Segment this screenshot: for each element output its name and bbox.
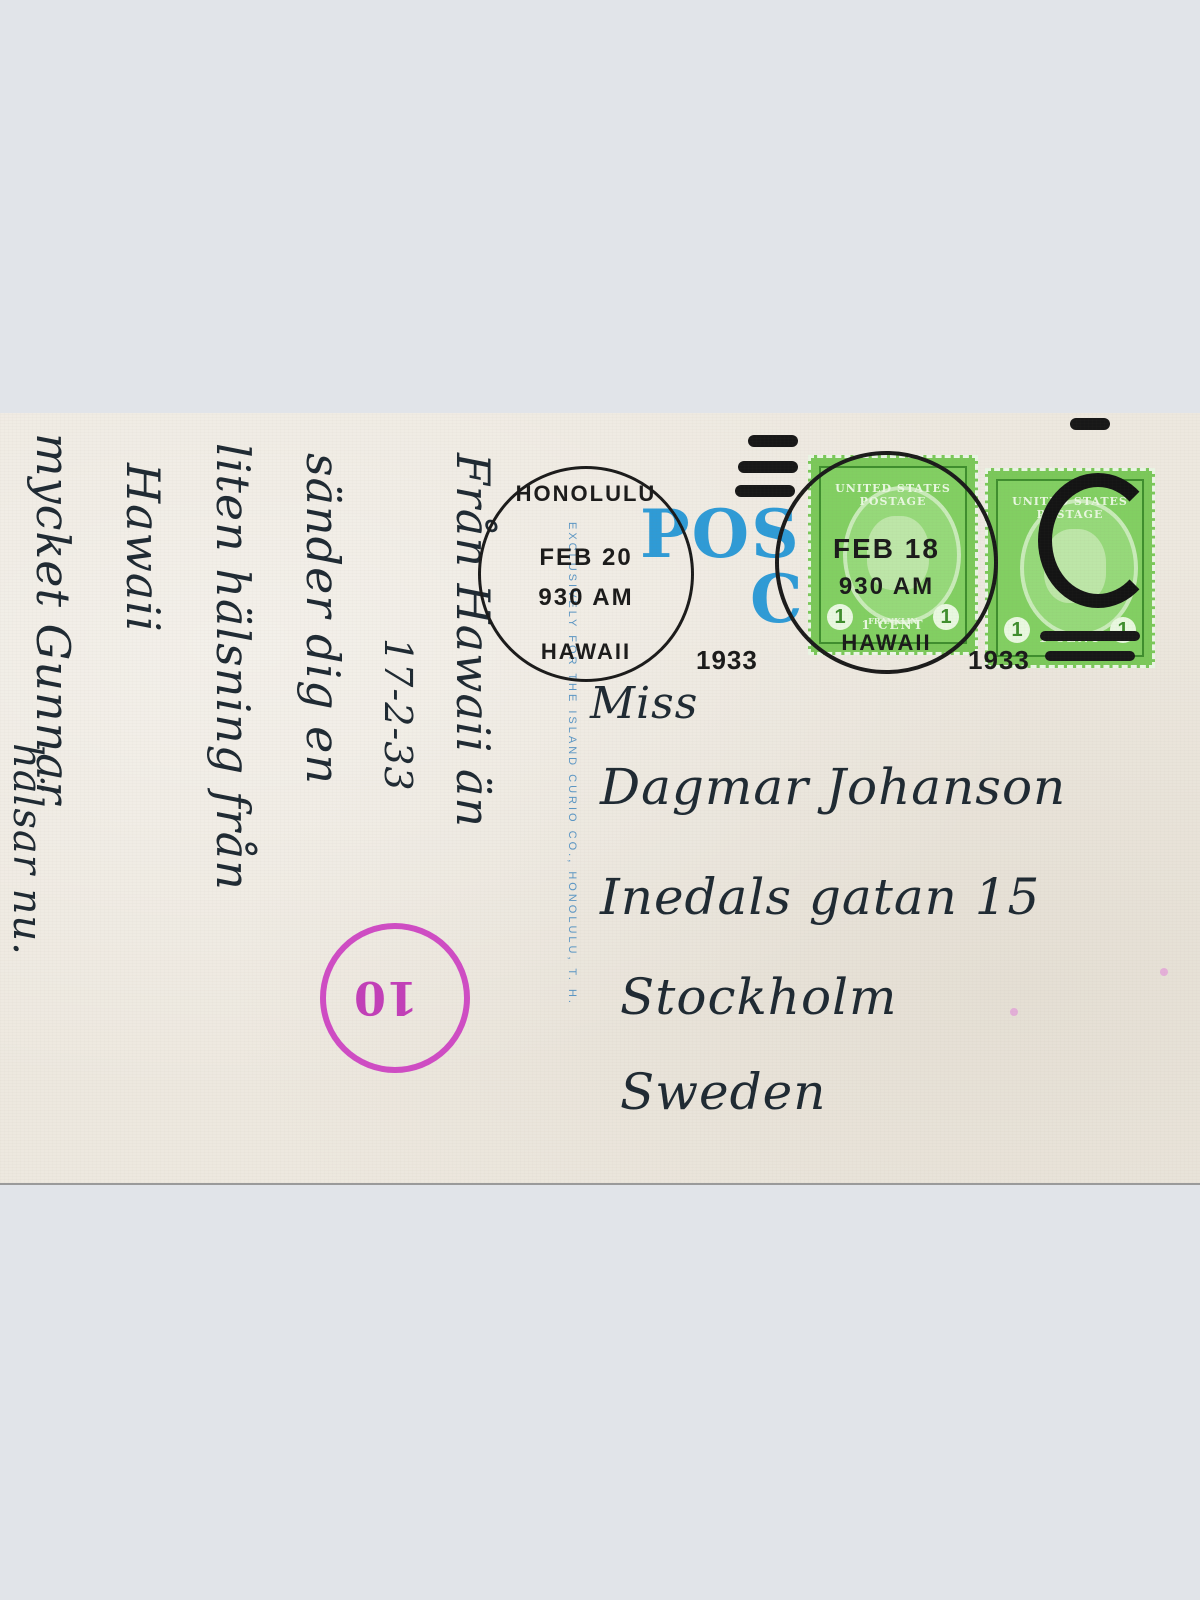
- stamp-postmark-time: 930 AM: [779, 573, 994, 601]
- postage-due-stamp: 10: [320, 923, 470, 1073]
- ink-spot: [1010, 1008, 1018, 1016]
- postcard-back: Från Hawaii än 17-2-33 sänder dig en lit…: [0, 413, 1200, 1185]
- duplex-cancel: [1038, 473, 1158, 608]
- cancel-bar: [1040, 631, 1140, 641]
- message-line-4: Hawaii: [116, 463, 170, 633]
- stamp-postmark-region: HAWAII: [779, 630, 994, 656]
- message-line-6: hälsar nu.: [4, 743, 50, 956]
- cancel-bar: [1070, 418, 1110, 430]
- postmark-date: FEB 20: [481, 544, 691, 572]
- message-line-3: liten hälsning från: [206, 443, 260, 891]
- ink-spot: [1160, 968, 1168, 976]
- cancel-bar: [748, 435, 798, 447]
- message-line-2: sänder dig en: [296, 453, 350, 785]
- address-street: Inedals gatan 15: [600, 868, 1040, 926]
- stamp-postmark-year: 1933: [968, 645, 1030, 676]
- cancel-bar: [735, 485, 795, 497]
- postmark-city: HONOLULU: [481, 481, 691, 507]
- postmark-time: 930 AM: [481, 584, 691, 612]
- message-date: 17-2-33: [376, 638, 420, 792]
- stamp-postmark: FEB 18 930 AM HAWAII: [775, 451, 998, 674]
- cancel-bar: [738, 461, 798, 473]
- cancel-bar: [1045, 651, 1135, 661]
- postage-due-amount: 10: [354, 971, 418, 1025]
- postmark-year: 1933: [696, 645, 758, 676]
- address-city: Stockholm: [620, 968, 897, 1026]
- stamp-postmark-date: FEB 18: [779, 533, 994, 565]
- honolulu-postmark: HONOLULU FEB 20 930 AM HAWAII: [478, 466, 694, 682]
- postmark-region: HAWAII: [481, 639, 691, 665]
- address-name: Dagmar Johanson: [600, 758, 1066, 816]
- address-country: Sweden: [620, 1063, 826, 1121]
- address-salutation: Miss: [590, 678, 698, 729]
